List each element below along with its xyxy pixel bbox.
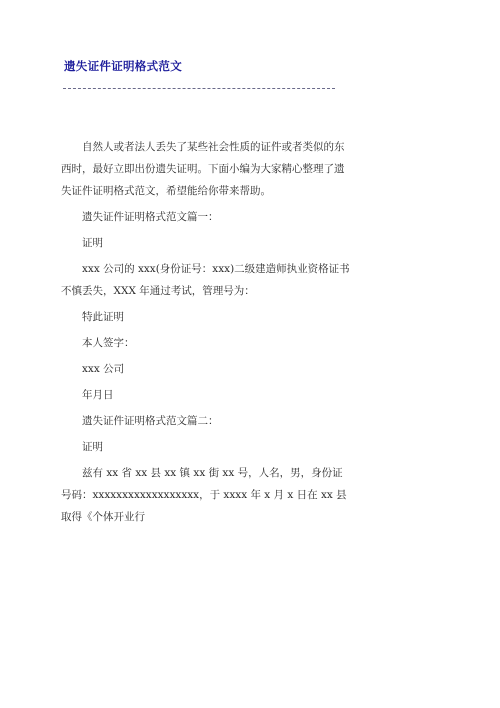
document-body: 自然人或者法人丢失了某些社会性质的证件或者类似的东西时，最好立即出份遗失证明。下… xyxy=(61,136,351,528)
date-line: 年月日 xyxy=(61,384,351,406)
dashed-divider xyxy=(63,88,335,89)
certificate-body-2: 兹有 xx 省 xx 县 xx 镇 xx 街 xx 号，人名，男，身份证号码：x… xyxy=(61,462,351,528)
certificate-heading-2: 证明 xyxy=(61,436,351,458)
document-page: 遗失证件证明格式范文 自然人或者法人丢失了某些社会性质的证件或者类似的东西时，最… xyxy=(0,0,500,708)
section-heading-2: 遗失证件证明格式范文篇二： xyxy=(61,410,351,432)
intro-paragraph: 自然人或者法人丢失了某些社会性质的证件或者类似的东西时，最好立即出份遗失证明。下… xyxy=(61,136,351,202)
document-title: 遗失证件证明格式范文 xyxy=(64,58,182,74)
certify-line: 特此证明 xyxy=(61,306,351,328)
signature-line: 本人签字： xyxy=(61,332,351,354)
section-heading-1: 遗失证件证明格式范文篇一： xyxy=(61,206,351,228)
certificate-body-1: xxx 公司的 xxx(身份证号：xxx)二级建造师执业资格证书不慎丢失，XXX… xyxy=(61,258,351,302)
certificate-heading-1: 证明 xyxy=(61,232,351,254)
company-line: xxx 公司 xyxy=(61,358,351,380)
